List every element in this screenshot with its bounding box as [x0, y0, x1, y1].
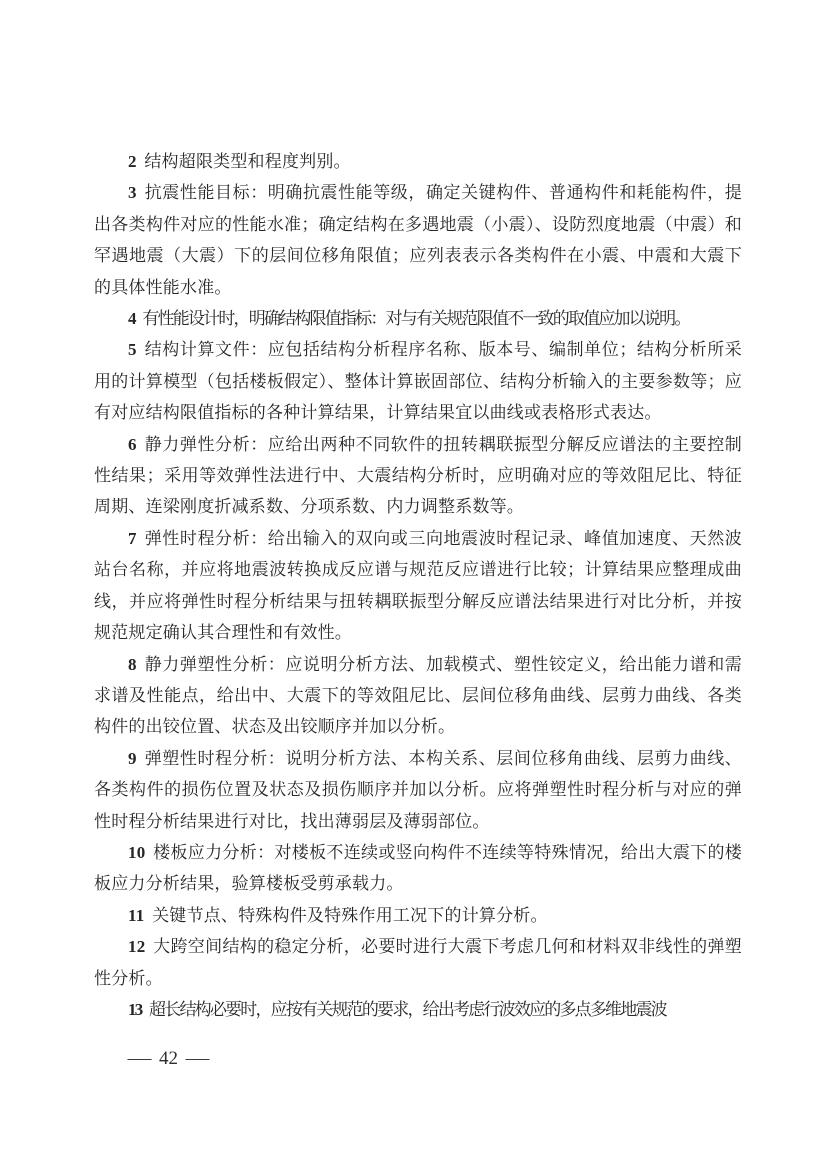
paragraph-text: 大跨空间结构的稳定分析，必要时进行大震下考虑几何和材料双非线性的弹塑性分析。	[94, 937, 742, 987]
paragraph-number: 7	[128, 529, 137, 548]
paragraph: 2结构超限类型和程度判别。	[94, 146, 742, 177]
paragraph: 5结构计算文件：应包括结构分析程序名称、版本号、编制单位；结构分析所采用的计算模…	[94, 334, 742, 428]
paragraph: 3抗震性能目标：明确抗震性能等级，确定关键构件、普通构件和耗能构件，提出各类构件…	[94, 177, 742, 303]
paragraph: 12大跨空间结构的稳定分析，必要时进行大震下考虑几何和材料双非线性的弹塑性分析。	[94, 931, 742, 994]
paragraph-number: 13	[128, 1000, 141, 1019]
footer-dash-left: —	[128, 1045, 152, 1073]
paragraph-number: 9	[128, 749, 137, 768]
paragraph-number: 10	[128, 843, 145, 862]
paragraph-text: 抗震性能目标：明确抗震性能等级，确定关键构件、普通构件和耗能构件，提出各类构件对…	[94, 183, 742, 296]
paragraph-number: 3	[128, 183, 137, 202]
paragraph-number: 6	[128, 435, 137, 454]
paragraph: 4有性能设计时，明确结构限值指标：对与有关规范限值不一致的取值应加以说明。	[94, 303, 742, 334]
paragraph-text: 结构计算文件：应包括结构分析程序名称、版本号、编制单位；结构分析所采用的计算模型…	[94, 340, 742, 422]
paragraph-text: 关键节点、特殊构件及特殊作用工况下的计算分析。	[152, 906, 548, 925]
document-body: 2结构超限类型和程度判别。 3抗震性能目标：明确抗震性能等级，确定关键构件、普通…	[94, 146, 742, 1025]
document-page: 2结构超限类型和程度判别。 3抗震性能目标：明确抗震性能等级，确定关键构件、普通…	[0, 0, 827, 1169]
page-footer: —42—	[120, 1045, 217, 1073]
paragraph: 9弹塑性时程分析：说明分析方法、本构关系、层间位移角曲线、层剪力曲线、各类构件的…	[94, 743, 742, 837]
paragraph-text: 弹塑性时程分析：说明分析方法、本构关系、层间位移角曲线、层剪力曲线、各类构件的损…	[94, 749, 742, 831]
paragraph-text: 弹性时程分析：给出输入的双向或三向地震波时程记录、峰值加速度、天然波站台名称，并…	[94, 529, 742, 642]
paragraph: 10楼板应力分析：对楼板不连续或竖向构件不连续等特殊情况，给出大震下的楼板应力分…	[94, 837, 742, 900]
footer-dash-right: —	[186, 1045, 210, 1073]
paragraph-number: 4	[128, 309, 135, 328]
paragraph-text: 有性能设计时，明确结构限值指标：对与有关规范限值不一致的取值应加以说明。	[142, 309, 689, 328]
paragraph: 11关键节点、特殊构件及特殊作用工况下的计算分析。	[94, 900, 742, 931]
paragraph: 6静力弹性分析：应给出两种不同软件的扭转耦联振型分解反应谱法的主要控制性结果；采…	[94, 429, 742, 523]
paragraph-text: 超长结构必要时，应按有关规范的要求，给出考虑行波效应的多点多维地震波	[149, 1000, 666, 1019]
paragraph-text: 静力弹性分析：应给出两种不同软件的扭转耦联振型分解反应谱法的主要控制性结果；采用…	[94, 435, 742, 517]
page-number: 42	[159, 1045, 178, 1073]
paragraph-number: 12	[128, 937, 145, 956]
paragraph-number: 2	[128, 152, 137, 171]
paragraph-text: 结构超限类型和程度判别。	[144, 152, 350, 171]
paragraph-number: 8	[128, 655, 137, 674]
paragraph-text: 楼板应力分析：对楼板不连续或竖向构件不连续等特殊情况，给出大震下的楼板应力分析结…	[94, 843, 742, 893]
paragraph-text: 静力弹塑性分析：应说明分析方法、加载模式、塑性铰定义，给出能力谱和需求谱及性能点…	[94, 655, 742, 737]
paragraph-number: 11	[128, 906, 144, 925]
paragraph: 7弹性时程分析：给出输入的双向或三向地震波时程记录、峰值加速度、天然波站台名称，…	[94, 523, 742, 649]
paragraph: 13超长结构必要时，应按有关规范的要求，给出考虑行波效应的多点多维地震波	[94, 994, 742, 1025]
paragraph: 8静力弹塑性分析：应说明分析方法、加载模式、塑性铰定义，给出能力谱和需求谱及性能…	[94, 649, 742, 743]
paragraph-number: 5	[128, 340, 137, 359]
